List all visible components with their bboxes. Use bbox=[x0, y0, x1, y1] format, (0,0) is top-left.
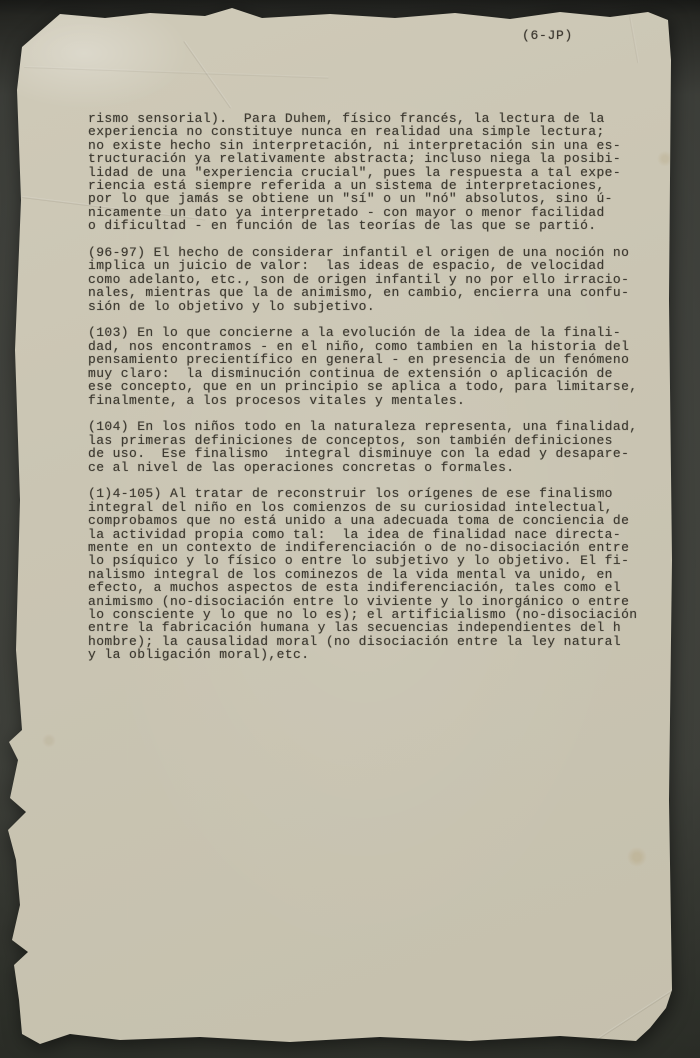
paragraph-5: (1)4-105) Al tratar de reconstruir los o… bbox=[88, 487, 633, 661]
crease-line bbox=[24, 66, 329, 79]
paragraph-4: (104) En los niños todo en la naturaleza… bbox=[88, 420, 633, 474]
paragraph-1: rismo sensorial). Para Duhem, físico fra… bbox=[88, 112, 633, 233]
paragraph-3: (103) En lo que concierne a la evolución… bbox=[88, 326, 633, 406]
paragraph-2: (96-97) El hecho de considerar infantil … bbox=[88, 246, 633, 313]
crease-line bbox=[629, 16, 639, 64]
page-tag: (6-JP) bbox=[522, 28, 573, 43]
fold-crease-line bbox=[595, 989, 673, 1041]
crease-line bbox=[183, 40, 232, 108]
typed-text-block: rismo sensorial). Para Duhem, físico fra… bbox=[88, 112, 633, 675]
paper-sheet: (6-JP) rismo sensorial). Para Duhem, fís… bbox=[0, 0, 700, 1058]
scanned-page: (6-JP) rismo sensorial). Para Duhem, fís… bbox=[0, 0, 700, 1058]
